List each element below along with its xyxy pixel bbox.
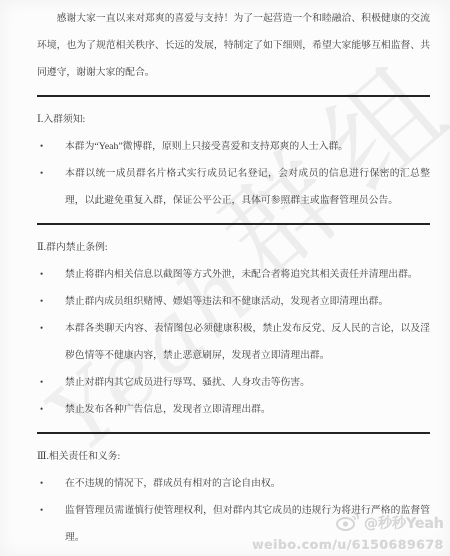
weibo-handle: @秒秒Yeah (364, 516, 444, 533)
section-divider (37, 223, 430, 225)
weibo-logo-icon (336, 512, 360, 536)
bullet-icon: • (37, 261, 65, 288)
rule-item: • 本群各类聊天内容、表情图包必须健康积极，禁止发布反党、反人民的言论，以及淫秽… (37, 315, 430, 369)
rule-item: • 本群为“Yeah”微博群，原则上只接受喜爱和支持郑爽的人士入群。 (37, 133, 430, 160)
section-title-prohibitions: Ⅱ.群内禁止条例: (37, 234, 430, 261)
section-divider (37, 95, 430, 97)
document-page: Yeah群组 感谢大家一直以来对郑爽的喜爱与支持！为了一起营造一个和睦融洽、积极… (0, 0, 450, 556)
bullet-icon: • (37, 396, 65, 423)
section-divider (37, 432, 430, 434)
bullet-icon: • (37, 315, 65, 369)
intro-paragraph: 感谢大家一直以来对郑爽的喜爱与支持！为了一起营造一个和睦融洽、积极健康的交流环境… (37, 5, 430, 86)
rule-item: • 本群以统一成员群名片格式实行成员记名登记，会对成员的信息进行保密的汇总整理，… (37, 160, 430, 214)
document-body: 感谢大家一直以来对郑爽的喜爱与支持！为了一起营造一个和睦融洽、积极健康的交流环境… (37, 5, 430, 551)
bullet-icon: • (37, 160, 65, 214)
rule-text: 在不违规的情况下，群成员有相对的言论自由权。 (65, 470, 430, 497)
rule-item: • 在不违规的情况下，群成员有相对的言论自由权。 (37, 470, 430, 497)
rule-text: 禁止将群内相关信息以截图等方式外泄，未配合者将追究其相关责任并清理出群。 (65, 261, 430, 288)
section-title-membership: Ⅰ.入群须知: (37, 106, 430, 133)
rule-text: 本群各类聊天内容、表情图包必须健康积极，禁止发布反党、反人民的言论，以及淫秽色情… (65, 315, 430, 369)
rule-item: • 禁止对群内其它成员进行辱骂、骚扰、人身攻击等伤害。 (37, 369, 430, 396)
rule-text: 本群以统一成员群名片格式实行成员记名登记，会对成员的信息进行保密的汇总整理，以此… (65, 160, 430, 214)
section-title-responsibilities: Ⅲ.相关责任和义务: (37, 443, 430, 470)
bullet-icon: • (37, 497, 65, 551)
rule-text: 禁止对群内其它成员进行辱骂、骚扰、人身攻击等伤害。 (65, 369, 430, 396)
bullet-icon: • (37, 133, 65, 160)
rule-item: • 禁止群内成员组织赌博、嫖娼等违法和不健康活动，发现者立即清理出群。 (37, 288, 430, 315)
rule-text: 本群为“Yeah”微博群，原则上只接受喜爱和支持郑爽的人士入群。 (65, 133, 430, 160)
bullet-icon: • (37, 369, 65, 396)
rule-text: 禁止群内成员组织赌博、嫖娼等违法和不健康活动，发现者立即清理出群。 (65, 288, 430, 315)
rule-text: 禁止发布各种广告信息，发现者立即清理出群。 (65, 396, 430, 423)
rule-item: • 禁止将群内相关信息以截图等方式外泄，未配合者将追究其相关责任并清理出群。 (37, 261, 430, 288)
prohibition-rules-list: • 禁止将群内相关信息以截图等方式外泄，未配合者将追究其相关责任并清理出群。 •… (37, 261, 430, 423)
membership-rules-list: • 本群为“Yeah”微博群，原则上只接受喜爱和支持郑爽的人士入群。 • 本群以… (37, 133, 430, 214)
bullet-icon: • (37, 470, 65, 497)
weibo-watermark: @秒秒Yeah weibo.com/u/6150689678 (252, 512, 444, 553)
bullet-icon: • (37, 288, 65, 315)
weibo-url: weibo.com/u/6150689678 (252, 536, 444, 553)
rule-item: • 禁止发布各种广告信息，发现者立即清理出群。 (37, 396, 430, 423)
